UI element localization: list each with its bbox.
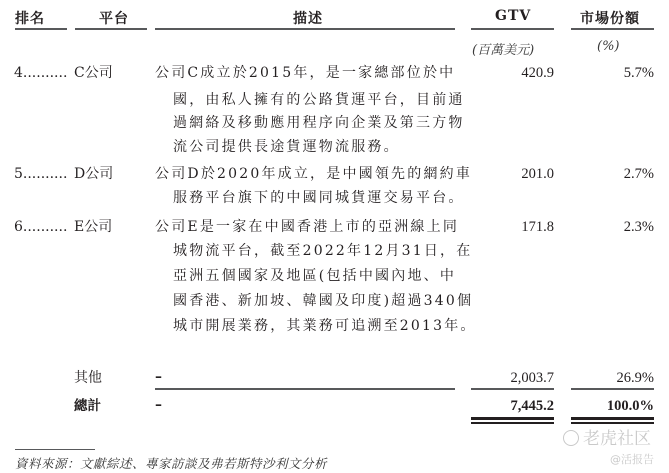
header-underline-market-share <box>571 28 654 30</box>
header-rank: 排名 <box>15 8 45 28</box>
description-line: 城物流平台，截至2022年12月31日，在 <box>173 243 472 259</box>
footnote-source: 資料來源：文獻綜述、專家訪談及弗若斯特沙利文分析 <box>15 454 327 472</box>
gtv-cell: 171.8 <box>470 219 554 235</box>
unit-market-share: (%) <box>597 39 620 54</box>
description-line: 國，由私人擁有的公路貨運平台，目前通 <box>173 92 465 108</box>
subtotal-rule-gtv <box>471 388 554 390</box>
rank-cell: 5.......... <box>14 166 67 182</box>
gtv-cell: 201.0 <box>470 166 554 182</box>
unit-gtv: (百萬美元) <box>472 39 534 58</box>
header-underline-rank <box>15 28 67 30</box>
total-double-rule-gtv-top <box>471 417 554 420</box>
header-underline-platform <box>75 28 147 30</box>
description-cell: – <box>155 369 162 385</box>
market-share-cell: 100.0% <box>570 398 654 414</box>
total-double-rule-share-top <box>571 417 654 420</box>
header-description: 描述 <box>293 8 323 28</box>
header-underline-description <box>155 28 455 30</box>
description-line: 過網絡及移動應用程序向企業及第三方物 <box>173 115 465 131</box>
description-line: 亞洲五個國家及地區(包括中國內地、中 <box>173 268 456 284</box>
description-line: 公司E是一家在中國香港上市的亞洲線上同 <box>155 219 459 235</box>
description-line: 國香港、新加坡、韓國及印度)超過340個 <box>173 293 473 309</box>
description-cell: – <box>155 397 162 413</box>
platform-cell: C公司 <box>74 65 113 81</box>
total-double-rule-gtv-bottom <box>471 422 554 424</box>
watermark-brand-text: 老虎社区 <box>583 429 651 449</box>
header-underline-gtv <box>471 28 554 30</box>
market-share-cell: 2.3% <box>570 219 654 235</box>
description-line: 公司D於2020年成立，是中國領先的網約車 <box>155 166 472 182</box>
platform-cell: E公司 <box>74 219 112 235</box>
platform-cell: 總計 <box>74 398 101 414</box>
subtotal-rule-description <box>155 388 455 390</box>
description-line: 流公司提供長途貨運物流服務。 <box>173 139 400 155</box>
watermark-brand: 老虎社区 <box>563 424 651 449</box>
platform-cell: 其他 <box>74 370 102 386</box>
subtotal-rule-market-share <box>571 388 654 390</box>
description-line: 公司C成立於2015年，是一家總部位於中 <box>155 65 455 81</box>
description-line: 服務平台旗下的中國同城貨運交易平台。 <box>173 190 465 206</box>
footnote-rule <box>15 449 95 450</box>
gtv-cell: 7,445.2 <box>470 398 554 414</box>
watermark-logo-icon <box>563 430 579 446</box>
watermark-handle: @活报告 <box>610 451 654 467</box>
market-share-cell: 26.9% <box>570 370 654 386</box>
rank-cell: 4.......... <box>14 65 67 81</box>
gtv-cell: 2,003.7 <box>470 370 554 386</box>
header-market-share: 市場份額 <box>580 8 640 28</box>
description-line: 城市開展業務，其業務可追溯至2013年。 <box>173 318 477 334</box>
header-gtv: GTV <box>495 8 531 24</box>
platform-cell: D公司 <box>74 166 113 182</box>
market-share-cell: 2.7% <box>570 166 654 182</box>
header-platform: 平台 <box>99 8 129 28</box>
gtv-cell: 420.9 <box>470 65 554 81</box>
market-share-cell: 5.7% <box>570 65 654 81</box>
rank-cell: 6.......... <box>14 219 67 235</box>
